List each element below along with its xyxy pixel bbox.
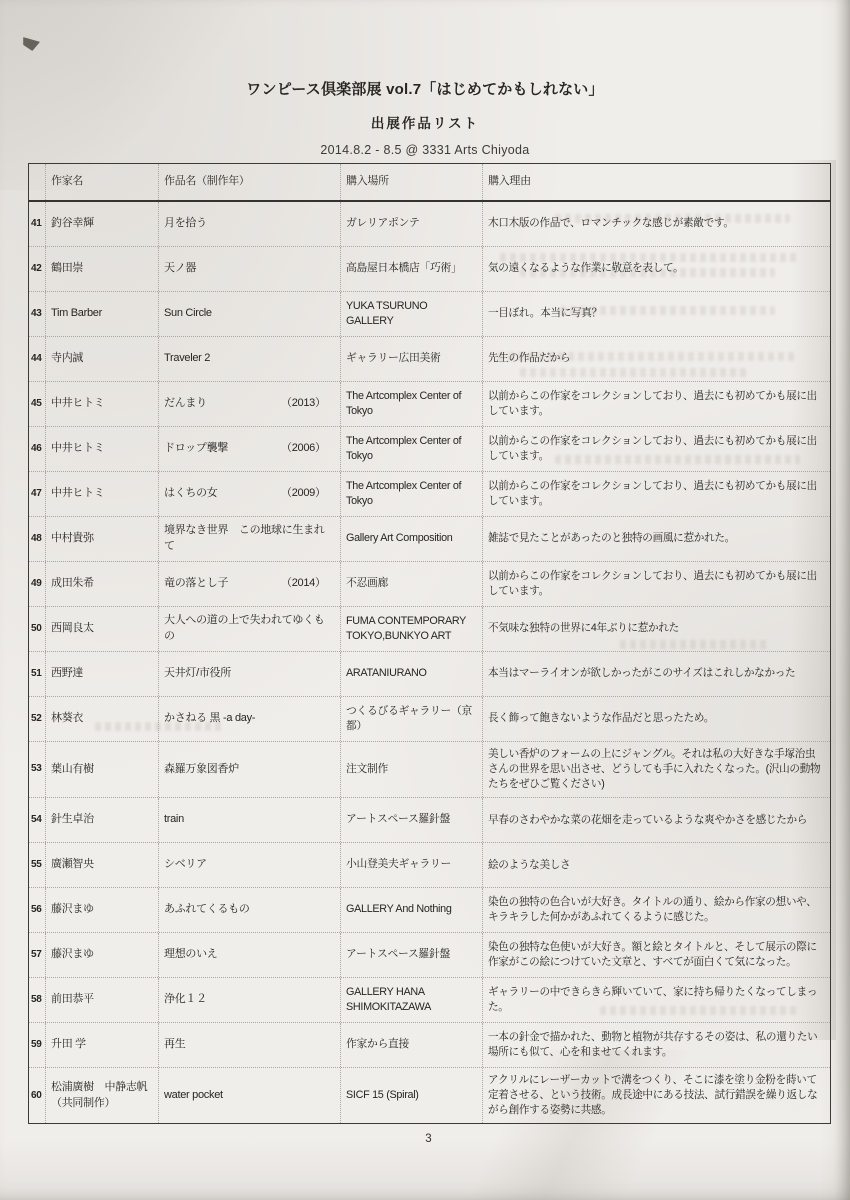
purchase-reason: 絵のような美しさ <box>482 843 830 887</box>
purchase-place: 作家から直接 <box>340 1023 482 1067</box>
row-number: 59 <box>29 1023 45 1067</box>
work-title-text: 大人への道の上で失われてゆくもの <box>164 613 335 644</box>
work-year: （2006） <box>281 441 326 457</box>
artist-name: 中井ヒトミ <box>45 427 158 471</box>
table-row: 43 Tim Barber Sun Circle YUKA TSURUNO GA… <box>29 292 830 337</box>
work-title-text: 森羅万象図香炉 <box>164 762 239 778</box>
purchase-place: FUMA CONTEMPORARY TOKYO,BUNKYO ART <box>340 607 482 651</box>
row-number: 52 <box>29 697 45 741</box>
artist-name: 成田朱希 <box>45 562 158 606</box>
header-number <box>29 164 45 200</box>
purchase-reason: 先生の作品だから <box>482 337 830 381</box>
artist-name: 中井ヒトミ <box>45 382 158 426</box>
work-title-text: 理想のいえ <box>164 947 218 963</box>
purchase-reason: 長く飾って飽きないような作品だと思ったため。 <box>482 697 830 741</box>
work-title-text: train <box>164 812 184 828</box>
row-number: 46 <box>29 427 45 471</box>
work-title-text: 天井灯/市役所 <box>164 666 231 682</box>
work-year: （2014） <box>281 576 326 592</box>
purchase-reason: 以前からこの作家をコレクションしており、過去にも初めてかも展に出しています。 <box>482 427 830 471</box>
table-row: 42 鶴田崇 天ノ器 高島屋日本橋店「巧術」 気の遠くなるような作業に敬意を表し… <box>29 247 830 292</box>
purchase-place: 小山登美夫ギャラリー <box>340 843 482 887</box>
artist-name: 中井ヒトミ <box>45 472 158 516</box>
work-title: かさねる 黒 -a day- <box>158 697 340 741</box>
work-title: 大人への道の上で失われてゆくもの <box>158 607 340 651</box>
purchase-place: ガレリアポンテ <box>340 202 482 246</box>
work-title: はくちの女 （2009） <box>158 472 340 516</box>
purchase-reason: 木口木版の作品で、ロマンチックな感じが素敵です。 <box>482 202 830 246</box>
header-work: 作品名（制作年） <box>158 164 340 200</box>
purchase-reason: ギャラリーの中できらきら輝いていて、家に持ち帰りたくなってしまった。 <box>482 978 830 1022</box>
purchase-reason: 気の遠くなるような作業に敬意を表して。 <box>482 247 830 291</box>
work-title: 竜の落とし子 （2014） <box>158 562 340 606</box>
row-number: 57 <box>29 933 45 977</box>
document-header: ワンピース倶楽部展 vol.7「はじめてかもしれない」 出展作品リスト 2014… <box>0 0 850 157</box>
purchase-place: ギャラリー広田美術 <box>340 337 482 381</box>
work-title: 天ノ器 <box>158 247 340 291</box>
work-title: シベリア <box>158 843 340 887</box>
purchase-reason: 本当はマーライオンが欲しかったがこのサイズはこれしかなかった <box>482 652 830 696</box>
table-row: 47 中井ヒトミ はくちの女 （2009） The Artcomplex Cen… <box>29 472 830 517</box>
work-title: 再生 <box>158 1023 340 1067</box>
purchase-place: 不忍画廊 <box>340 562 482 606</box>
row-number: 48 <box>29 517 45 561</box>
work-title: だんまり （2013） <box>158 382 340 426</box>
row-number: 55 <box>29 843 45 887</box>
purchase-place: The Artcomplex Center of Tokyo <box>340 472 482 516</box>
purchase-place: 高島屋日本橋店「巧術」 <box>340 247 482 291</box>
artist-name: 寺内誠 <box>45 337 158 381</box>
table-row: 52 林葵衣 かさねる 黒 -a day- つくるびるギャラリー（京都） 長く飾… <box>29 697 830 742</box>
purchase-reason: 不気味な独特の世界に4年ぶりに惹かれた <box>482 607 830 651</box>
table-row: 46 中井ヒトミ ドロップ襲撃 （2006） The Artcomplex Ce… <box>29 427 830 472</box>
table-row: 54 針生卓治 train アートスペース羅針盤 早春のさわやかな菜の花畑を走っ… <box>29 798 830 843</box>
purchase-reason: 染色の独特の色合いが大好き。タイトルの通り、絵から作家の想いや、キラキラした何か… <box>482 888 830 932</box>
artist-name: 前田恭平 <box>45 978 158 1022</box>
work-title-text: ドロップ襲撃 <box>164 441 228 457</box>
purchase-place: GALLERY HANA SHIMOKITAZAWA <box>340 978 482 1022</box>
table-row: 49 成田朱希 竜の落とし子 （2014） 不忍画廊 以前からこの作家をコレクシ… <box>29 562 830 607</box>
work-title-text: 浄化１２ <box>164 992 207 1008</box>
artist-name: 廣瀬智央 <box>45 843 158 887</box>
work-title: 森羅万象図香炉 <box>158 742 340 797</box>
work-title-text: はくちの女 <box>164 486 218 502</box>
table-row: 50 西岡良太 大人への道の上で失われてゆくもの FUMA CONTEMPORA… <box>29 607 830 652</box>
purchase-reason: 以前からこの作家をコレクションしており、過去にも初めてかも展に出しています。 <box>482 472 830 516</box>
work-title: Traveler 2 <box>158 337 340 381</box>
row-number: 58 <box>29 978 45 1022</box>
work-year: （2009） <box>281 486 326 502</box>
work-title-text: かさねる 黒 -a day- <box>164 711 255 727</box>
header-reason: 購入理由 <box>482 164 830 200</box>
artist-name: 針生卓治 <box>45 798 158 842</box>
purchase-place: 注文制作 <box>340 742 482 797</box>
table-row: 58 前田恭平 浄化１２ GALLERY HANA SHIMOKITAZAWA … <box>29 978 830 1023</box>
work-title-text: Traveler 2 <box>164 351 210 367</box>
artist-name: 釣谷幸輝 <box>45 202 158 246</box>
row-number: 49 <box>29 562 45 606</box>
artist-name: 中村貴弥 <box>45 517 158 561</box>
purchase-place: アートスペース羅針盤 <box>340 798 482 842</box>
work-title: 境界なき世界 この地球に生まれて <box>158 517 340 561</box>
work-title: 天井灯/市役所 <box>158 652 340 696</box>
table-row: 56 藤沢まゆ あふれてくるもの GALLERY And Nothing 染色の… <box>29 888 830 933</box>
work-title: あふれてくるもの <box>158 888 340 932</box>
row-number: 54 <box>29 798 45 842</box>
table-row: 57 藤沢まゆ 理想のいえ アートスペース羅針盤 染色の独特な色使いが大好き。額… <box>29 933 830 978</box>
work-title-text: Sun Circle <box>164 306 212 322</box>
work-year: （2013） <box>281 396 326 412</box>
table-row: 59 升田 学 再生 作家から直接 一本の針金で描かれた、動物と植物が共存するそ… <box>29 1023 830 1068</box>
work-title-text: あふれてくるもの <box>164 902 250 918</box>
page-dateline: 2014.8.2 - 8.5 @ 3331 Arts Chiyoda <box>0 143 850 157</box>
table-row: 48 中村貴弥 境界なき世界 この地球に生まれて Gallery Art Com… <box>29 517 830 562</box>
work-title: water pocket <box>158 1068 340 1123</box>
purchase-place: SICF 15 (Spiral) <box>340 1068 482 1123</box>
purchase-reason: 染色の独特な色使いが大好き。額と絵とタイトルと、そして展示の際に作家がこの絵につ… <box>482 933 830 977</box>
row-number: 60 <box>29 1068 45 1123</box>
table-row: 41 釣谷幸輝 月を拾う ガレリアポンテ 木口木版の作品で、ロマンチックな感じが… <box>29 202 830 247</box>
purchase-place: ARATANIURANO <box>340 652 482 696</box>
purchase-place: The Artcomplex Center of Tokyo <box>340 382 482 426</box>
artist-name: 西岡良太 <box>45 607 158 651</box>
row-number: 45 <box>29 382 45 426</box>
artist-name: 松浦廣樹 中静志帆 （共同制作） <box>45 1068 158 1123</box>
purchase-reason: アクリルにレーザーカットで溝をつくり、そこに漆を塗り金粉を蒔いて定着させる、とい… <box>482 1068 830 1123</box>
table-row: 53 葉山有樹 森羅万象図香炉 注文制作 美しい香炉のフォームの上にジャングル。… <box>29 742 830 798</box>
row-number: 56 <box>29 888 45 932</box>
work-title-text: 天ノ器 <box>164 261 196 277</box>
work-title: 理想のいえ <box>158 933 340 977</box>
artist-name: 鶴田崇 <box>45 247 158 291</box>
row-number: 51 <box>29 652 45 696</box>
purchase-reason: 以前からこの作家をコレクションしており、過去にも初めてかも展に出しています。 <box>482 382 830 426</box>
work-title-text: 竜の落とし子 <box>164 576 228 592</box>
purchase-reason: 美しい香炉のフォームの上にジャングル。それは私の大好きな手塚治虫さんの世界を思い… <box>482 742 830 797</box>
work-title: train <box>158 798 340 842</box>
table-header-row: 作家名 作品名（制作年） 購入場所 購入理由 <box>29 164 830 202</box>
work-title-text: 月を拾う <box>164 216 207 232</box>
header-place: 購入場所 <box>340 164 482 200</box>
purchase-place: GALLERY And Nothing <box>340 888 482 932</box>
work-title-text: シベリア <box>164 857 207 873</box>
row-number: 42 <box>29 247 45 291</box>
artist-name: 葉山有樹 <box>45 742 158 797</box>
page-title: ワンピース倶楽部展 vol.7「はじめてかもしれない」 <box>0 78 850 99</box>
table-row: 55 廣瀬智央 シベリア 小山登美夫ギャラリー 絵のような美しさ <box>29 843 830 888</box>
purchase-place: YUKA TSURUNO GALLERY <box>340 292 482 336</box>
artist-name: 藤沢まゆ <box>45 933 158 977</box>
header-artist: 作家名 <box>45 164 158 200</box>
page-subtitle: 出展作品リスト <box>0 112 850 132</box>
work-title-text: 再生 <box>164 1037 185 1053</box>
work-title: 月を拾う <box>158 202 340 246</box>
work-title: 浄化１２ <box>158 978 340 1022</box>
artist-name: 西野達 <box>45 652 158 696</box>
table-row: 45 中井ヒトミ だんまり （2013） The Artcomplex Cent… <box>29 382 830 427</box>
table-body: 41 釣谷幸輝 月を拾う ガレリアポンテ 木口木版の作品で、ロマンチックな感じが… <box>29 202 830 1123</box>
row-number: 50 <box>29 607 45 651</box>
works-table: 作家名 作品名（制作年） 購入場所 購入理由 41 釣谷幸輝 月を拾う ガレリア… <box>28 163 831 1124</box>
purchase-reason: 一目ぼれ。本当に写真？ <box>482 292 830 336</box>
row-number: 43 <box>29 292 45 336</box>
purchase-place: The Artcomplex Center of Tokyo <box>340 427 482 471</box>
row-number: 47 <box>29 472 45 516</box>
row-number: 53 <box>29 742 45 797</box>
table-row: 60 松浦廣樹 中静志帆 （共同制作） water pocket SICF 15… <box>29 1068 830 1123</box>
purchase-place: アートスペース羅針盤 <box>340 933 482 977</box>
scanned-page: ワンピース倶楽部展 vol.7「はじめてかもしれない」 出展作品リスト 2014… <box>0 0 850 1200</box>
work-title-text: water pocket <box>164 1088 223 1104</box>
purchase-reason: 早春のさわやかな菜の花畑を走っているような爽やかさを感じたから <box>482 798 830 842</box>
table-row: 44 寺内誠 Traveler 2 ギャラリー広田美術 先生の作品だから <box>29 337 830 382</box>
work-title: Sun Circle <box>158 292 340 336</box>
row-number: 44 <box>29 337 45 381</box>
work-title-text: 境界なき世界 この地球に生まれて <box>164 523 335 554</box>
artist-name: 藤沢まゆ <box>45 888 158 932</box>
purchase-place: Gallery Art Composition <box>340 517 482 561</box>
artist-name: 升田 学 <box>45 1023 158 1067</box>
purchase-place: つくるびるギャラリー（京都） <box>340 697 482 741</box>
purchase-reason: 雑誌で見たことがあったのと独特の画風に惹かれた。 <box>482 517 830 561</box>
work-title: ドロップ襲撃 （2006） <box>158 427 340 471</box>
work-title-text: だんまり <box>164 396 207 412</box>
artist-name: 林葵衣 <box>45 697 158 741</box>
page-number: 3 <box>28 1133 829 1145</box>
artist-name: Tim Barber <box>45 292 158 336</box>
row-number: 41 <box>29 202 45 246</box>
table-row: 51 西野達 天井灯/市役所 ARATANIURANO 本当はマーライオンが欲し… <box>29 652 830 697</box>
purchase-reason: 以前からこの作家をコレクションしており、過去にも初めてかも展に出しています。 <box>482 562 830 606</box>
purchase-reason: 一本の針金で描かれた、動物と植物が共存するその姿は、私の還りたい場所にも似て、心… <box>482 1023 830 1067</box>
